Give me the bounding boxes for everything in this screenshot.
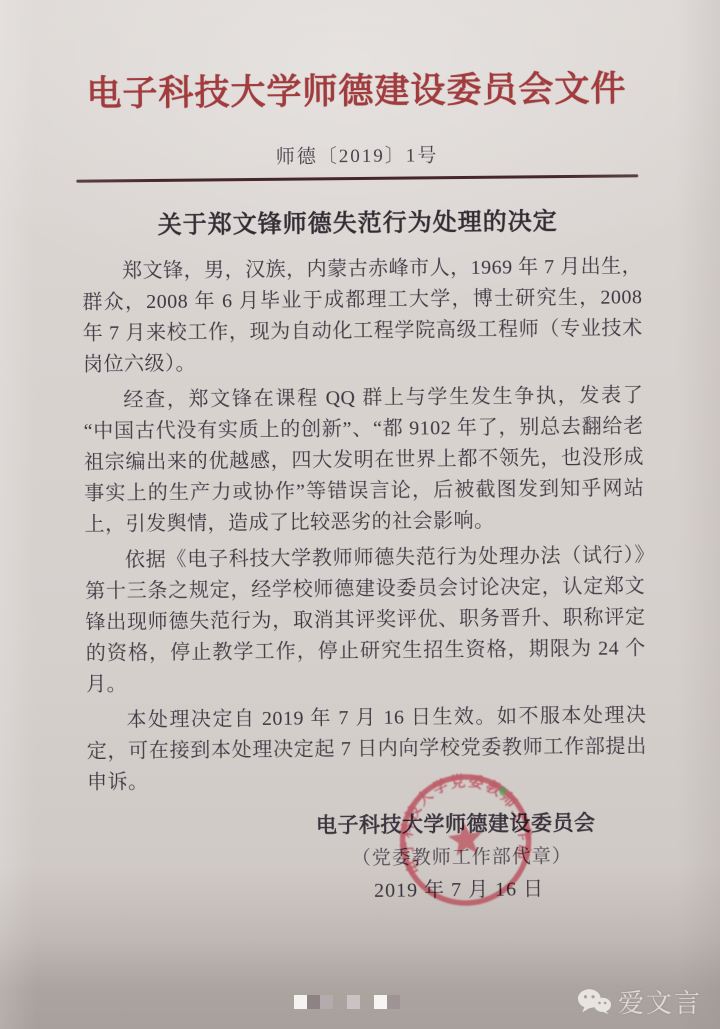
wechat-icon [577,988,611,1015]
footer-dot [387,995,400,1009]
document-photo: 电子科技大学师德建设委员会文件 师德〔2019〕1号 关于郑文锋师德失范行为处理… [0,0,720,1029]
document-number: 师德〔2019〕1号 [0,138,717,172]
seal-arc-text: 电子科技大学党委教师工作部 [391,765,537,878]
paragraph-decision: 依据《电子科技大学教师师德失范行为处理办法（试行）》第十三条之规定，经学校师德建… [85,540,646,700]
footer-dot [320,995,333,1009]
document-header: 电子科技大学师德建设委员会文件 [0,61,717,118]
paragraph-intro: 郑文锋，男，汉族，内蒙古赤峰市人，1969 年 7 月出生，群众，2008 年 … [82,251,643,380]
footer-dot [374,995,387,1009]
paragraph-findings: 经查，郑文锋在课程 QQ 群上与学生发生争执，发表了“中国古代没有实质上的创新”… [83,380,644,540]
footer-dot [294,995,307,1009]
watermark: 爱文言 [577,983,702,1020]
footer-dot [347,995,360,1009]
document-body: 郑文锋，男，汉族，内蒙古赤峰市人，1969 年 7 月出生，群众，2008 年 … [0,251,720,800]
red-divider-line [76,174,638,182]
footer-dots [294,995,400,1009]
seal-star-icon [447,820,485,856]
paragraph-effective-date: 本处理决定自 2019 年 7 月 16 日生效。如不服本处理决定，可在接到本处… [86,700,647,798]
footer-dot [307,995,320,1009]
document-title: 关于郑文锋师德失范行为处理的决定 [0,200,718,242]
signature-block: 电子科技大学师德建设委员会 （党委教师工作部代章） 2019 年 7 月 16 … [3,806,720,912]
official-seal-stamp: 电子科技大学党委教师工作部 [386,760,545,919]
svg-text:电子科技大学党委教师工作部: 电子科技大学党委教师工作部 [391,765,537,878]
green-speck [499,787,506,796]
watermark-label: 爱文言 [618,983,702,1020]
paper-content: 电子科技大学师德建设委员会文件 师德〔2019〕1号 关于郑文锋师德失范行为处理… [0,0,720,1029]
